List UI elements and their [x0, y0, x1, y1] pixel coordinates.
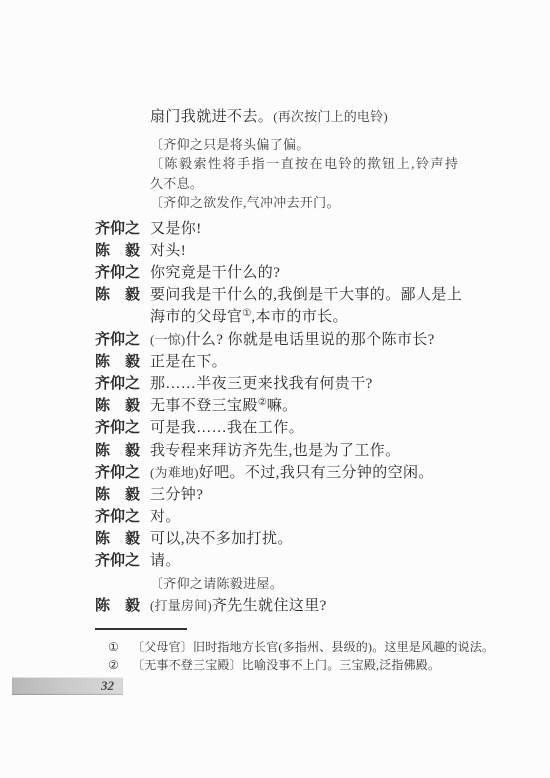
dialogue-text: 三分钟?	[150, 484, 203, 506]
script-text-area: 扇门我就进不去。(再次按门上的电铃) 〔齐仰之只是将头偏了偏。 〔陈毅索性将手指…	[95, 104, 467, 617]
dialogue-text: 那……半夜三更来找我有何贵干?	[150, 373, 373, 395]
dialogue-text: 又是你!	[150, 218, 202, 240]
speaker-name: 齐仰之	[95, 218, 143, 240]
dialogue-row: 齐仰之 (为难地)好吧。不过,我只有三分钟的空闲。	[95, 462, 467, 484]
footnote-block: ① 〔父母官〕旧时指地方长官(多指州、县级的)。这里是风趣的说法。 ② 〔无事不…	[95, 639, 475, 674]
dialogue-row: 陈 毅 我专程来拜访齐先生,也是为了工作。	[95, 440, 467, 462]
dialogue-text: 无事不登三宝殿②嘛。	[150, 395, 298, 417]
footnote-ref: ②	[258, 397, 267, 408]
speaker-name	[95, 306, 143, 328]
dialogue-row: 陈 毅 可以,决不多加打扰。	[95, 528, 467, 550]
footnote-marker: ①	[108, 639, 132, 657]
speaker-name: 陈 毅	[95, 284, 143, 306]
dialogue-row: 齐仰之 请。	[95, 550, 467, 572]
dialogue-text: (一惊)什么? 你就是电话里说的那个陈市长?	[150, 329, 435, 351]
stage-direction-continuation: 久不息。	[150, 174, 458, 193]
book-page: 扇门我就进不去。(再次按门上的电铃) 〔齐仰之只是将头偏了偏。 〔陈毅索性将手指…	[0, 0, 550, 778]
speaker-name: 陈 毅	[95, 528, 143, 550]
dialogue-row: 齐仰之 那……半夜三更来找我有何贵干?	[95, 373, 467, 395]
speaker-name: 齐仰之	[95, 506, 143, 528]
stage-direction: 〔齐仰之请陈毅进屋。	[150, 573, 467, 595]
dialogue-text: 你究竟是干什么的?	[150, 262, 280, 284]
dialogue-text: 正是在下。	[150, 351, 227, 373]
dialogue-row: 齐仰之 可是我……我在工作。	[95, 417, 467, 439]
footnote-text: 〔无事不登三宝殿〕比喻没事不上门。三宝殿,泛指佛殿。	[132, 657, 475, 675]
dialogue-row: 齐仰之 对。	[95, 506, 467, 528]
footnote: ① 〔父母官〕旧时指地方长官(多指州、县级的)。这里是风趣的说法。	[95, 639, 475, 657]
speaker-name: 齐仰之	[95, 417, 143, 439]
stage-direction: 〔齐仰之欲发作,气冲冲去开门。	[150, 193, 458, 212]
footnote-separator	[95, 628, 187, 630]
action-note: (为难地)	[150, 465, 199, 480]
page-number-bar: 32	[12, 677, 123, 695]
inline-stage-direction: (再次按门上的电铃)	[273, 109, 388, 124]
dialogue-text: (打量房间)齐先生就住这里?	[150, 595, 327, 617]
footnote-ref: ①	[242, 308, 251, 319]
speaker-name: 齐仰之	[95, 550, 143, 572]
action-note: (一惊)	[150, 332, 185, 347]
dialogue-row: 陈 毅 对头!	[95, 240, 467, 262]
footnote: ② 〔无事不登三宝殿〕比喻没事不上门。三宝殿,泛指佛殿。	[95, 657, 475, 675]
speaker-name: 陈 毅	[95, 351, 143, 373]
dialogue-row: 齐仰之 (一惊)什么? 你就是电话里说的那个陈市长?	[95, 329, 467, 351]
dialogue-text: 对头!	[150, 240, 186, 262]
dialogue-text: 海市的父母官①,本市的市长。	[150, 306, 348, 328]
speaker-name: 齐仰之	[95, 262, 143, 284]
dialogue-block: 齐仰之 又是你! 陈 毅 对头! 齐仰之 你究竟是干什么的? 陈 毅 要问我是干…	[95, 218, 467, 617]
speaker-name: 齐仰之	[95, 462, 143, 484]
dialogue-row: 陈 毅 正是在下。	[95, 351, 467, 373]
footnote-text: 〔父母官〕旧时指地方长官(多指州、县级的)。这里是风趣的说法。	[132, 639, 494, 657]
page-number: 32	[12, 677, 123, 695]
footnote-marker: ②	[108, 657, 132, 675]
dialogue-text: 请。	[150, 550, 181, 572]
dialogue-text: 我专程来拜访齐先生,也是为了工作。	[150, 440, 401, 462]
speaker-name: 陈 毅	[95, 595, 143, 617]
opening-continuation-line: 扇门我就进不去。(再次按门上的电铃)	[150, 104, 467, 130]
speaker-name: 齐仰之	[95, 329, 143, 351]
speaker-name: 陈 毅	[95, 240, 143, 262]
stage-direction-block: 〔齐仰之只是将头偏了偏。 〔陈毅索性将手指一直按在电铃的揿钮上,铃声持 久不息。…	[150, 135, 458, 213]
dialogue-row-continuation: 海市的父母官①,本市的市长。	[95, 306, 467, 328]
speaker-name: 陈 毅	[95, 395, 143, 417]
dialogue-text: 对。	[150, 506, 181, 528]
speaker-name: 陈 毅	[95, 440, 143, 462]
dialogue-row: 齐仰之 又是你!	[95, 218, 467, 240]
dialogue-text: 可是我……我在工作。	[150, 417, 304, 439]
dialogue-row: 陈 毅 要问我是干什么的,我倒是干大事的。鄙人是上	[95, 284, 467, 306]
action-note: (打量房间)	[150, 598, 212, 613]
dialogue-row: 陈 毅 无事不登三宝殿②嘛。	[95, 395, 467, 417]
dialogue-row: 齐仰之 你究竟是干什么的?	[95, 262, 467, 284]
dialogue-text: 要问我是干什么的,我倒是干大事的。鄙人是上	[150, 284, 462, 306]
dialogue-text: 可以,决不多加打扰。	[150, 528, 293, 550]
dialogue-row: 陈 毅 (打量房间)齐先生就住这里?	[95, 595, 467, 617]
dialogue-row: 陈 毅 三分钟?	[95, 484, 467, 506]
stage-direction: 〔陈毅索性将手指一直按在电铃的揿钮上,铃声持	[150, 154, 458, 173]
stage-direction: 〔齐仰之只是将头偏了偏。	[150, 135, 458, 154]
opening-text: 扇门我就进不去。	[150, 109, 273, 125]
speaker-name: 齐仰之	[95, 373, 143, 395]
dialogue-text: (为难地)好吧。不过,我只有三分钟的空闲。	[150, 462, 434, 484]
speaker-name: 陈 毅	[95, 484, 143, 506]
